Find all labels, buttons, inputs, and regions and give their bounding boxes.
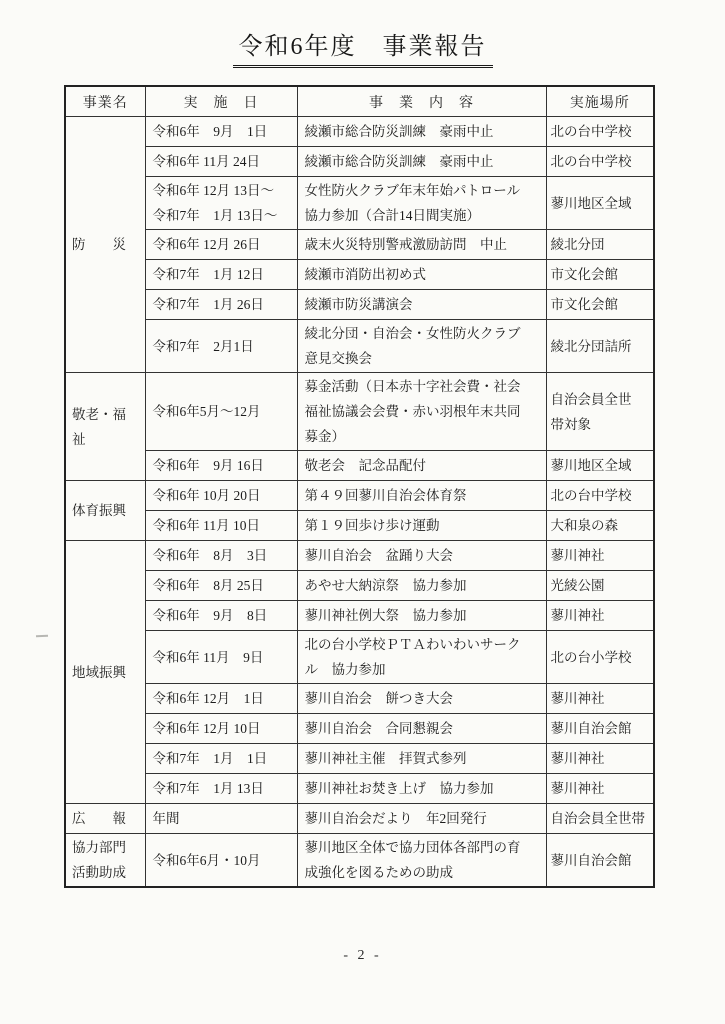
place-cell: 蓼川自治会館 <box>546 714 654 744</box>
category-cell: 広 報 <box>65 804 145 834</box>
table-row: 令和6年 9月 8日蓼川神社例大祭 協力参加蓼川神社 <box>65 601 654 631</box>
content-cell: 北の台小学校ＰＴＡわいわいサーク ル 協力参加 <box>297 631 546 684</box>
table-row: 令和6年 12月 13日～ 令和7年 1月 13日～女性防火クラブ年末年始パトロ… <box>65 177 654 230</box>
table-row: 地域振興令和6年 8月 3日蓼川自治会 盆踊り大会蓼川神社 <box>65 541 654 571</box>
content-cell: 蓼川自治会だより 年2回発行 <box>297 804 546 834</box>
table-row: 令和6年 11月 10日第１９回歩け歩け運動大和泉の森 <box>65 511 654 541</box>
place-cell: 蓼川自治会館 <box>546 834 654 888</box>
date-cell: 令和6年 9月 1日 <box>145 117 297 147</box>
date-cell: 令和6年5月～12月 <box>145 373 297 451</box>
content-cell: 綾北分団・自治会・女性防火クラブ 意見交換会 <box>297 320 546 373</box>
content-cell: 綾瀬市総合防災訓練 豪雨中止 <box>297 147 546 177</box>
table-body: 防 災令和6年 9月 1日綾瀬市総合防災訓練 豪雨中止北の台中学校令和6年 11… <box>65 117 654 888</box>
place-cell: 蓼川地区全域 <box>546 451 654 481</box>
content-cell: 敬老会 記念品配付 <box>297 451 546 481</box>
page-title: 令和6年度 事業報告 <box>233 26 493 68</box>
date-cell: 令和7年 1月 1日 <box>145 744 297 774</box>
content-cell: 蓼川神社お焚き上げ 協力参加 <box>297 774 546 804</box>
table-row: 協力部門 活動助成令和6年6月・10月蓼川地区全体で協力団体各部門の育 成強化を… <box>65 834 654 888</box>
content-cell: 蓼川神社主催 拝賀式参列 <box>297 744 546 774</box>
category-cell: 地域振興 <box>65 541 145 804</box>
place-cell: 自治会員全世帯 <box>546 804 654 834</box>
category-cell: 敬老・福 祉 <box>65 373 145 481</box>
date-cell: 令和6年 12月 10日 <box>145 714 297 744</box>
place-cell: 北の台中学校 <box>546 147 654 177</box>
header-project-name: 事業名 <box>65 86 145 117</box>
table-header-row: 事業名 実 施 日 事 業 内 容 実施場所 <box>65 86 654 117</box>
scanned-document-page: 令和6年度 事業報告 事業名 実 施 日 事 業 内 容 実施場所 防 災令和6… <box>0 0 725 1024</box>
table-row: 令和7年 1月 13日蓼川神社お焚き上げ 協力参加蓼川神社 <box>65 774 654 804</box>
content-cell: 蓼川自治会 盆踊り大会 <box>297 541 546 571</box>
table-row: 令和6年 11月 24日綾瀬市総合防災訓練 豪雨中止北の台中学校 <box>65 147 654 177</box>
business-report-table-wrap: 事業名 実 施 日 事 業 内 容 実施場所 防 災令和6年 9月 1日綾瀬市総… <box>64 85 655 888</box>
category-cell: 体育振興 <box>65 481 145 541</box>
date-cell: 令和6年6月・10月 <box>145 834 297 888</box>
table-row: 令和7年 1月 26日綾瀬市防災講演会市文化会館 <box>65 290 654 320</box>
date-cell: 年間 <box>145 804 297 834</box>
place-cell: 蓼川神社 <box>546 601 654 631</box>
date-cell: 令和6年 11月 9日 <box>145 631 297 684</box>
content-cell: 女性防火クラブ年末年始パトロール 協力参加（合計14日間実施） <box>297 177 546 230</box>
table-row: 令和7年 1月 1日蓼川神社主催 拝賀式参列蓼川神社 <box>65 744 654 774</box>
content-cell: 歳末火災特別警戒激励訪問 中止 <box>297 230 546 260</box>
content-cell: 蓼川自治会 餅つき大会 <box>297 684 546 714</box>
date-cell: 令和6年 11月 10日 <box>145 511 297 541</box>
place-cell: 大和泉の森 <box>546 511 654 541</box>
business-report-table: 事業名 実 施 日 事 業 内 容 実施場所 防 災令和6年 9月 1日綾瀬市総… <box>64 85 655 888</box>
content-cell: あやせ大納涼祭 協力参加 <box>297 571 546 601</box>
date-cell: 令和7年 1月 12日 <box>145 260 297 290</box>
place-cell: 蓼川神社 <box>546 541 654 571</box>
header-place: 実施場所 <box>546 86 654 117</box>
table-row: 令和6年 9月 16日敬老会 記念品配付蓼川地区全域 <box>65 451 654 481</box>
content-cell: 第１９回歩け歩け運動 <box>297 511 546 541</box>
content-cell: 募金活動（日本赤十字社会費・社会 福祉協議会会費・赤い羽根年末共同 募金） <box>297 373 546 451</box>
place-cell: 市文化会館 <box>546 290 654 320</box>
place-cell: 北の台中学校 <box>546 481 654 511</box>
place-cell: 自治会員全世 帯対象 <box>546 373 654 451</box>
table-row: 防 災令和6年 9月 1日綾瀬市総合防災訓練 豪雨中止北の台中学校 <box>65 117 654 147</box>
table-row: 令和6年 8月 25日あやせ大納涼祭 協力参加光綾公園 <box>65 571 654 601</box>
date-cell: 令和6年 9月 8日 <box>145 601 297 631</box>
table-row: 令和6年 12月 1日蓼川自治会 餅つき大会蓼川神社 <box>65 684 654 714</box>
date-cell: 令和6年 8月 25日 <box>145 571 297 601</box>
table-row: 敬老・福 祉令和6年5月～12月募金活動（日本赤十字社会費・社会 福祉協議会会費… <box>65 373 654 451</box>
place-cell: 綾北分団 <box>546 230 654 260</box>
header-date: 実 施 日 <box>145 86 297 117</box>
content-cell: 第４９回蓼川自治会体育祭 <box>297 481 546 511</box>
content-cell: 綾瀬市総合防災訓練 豪雨中止 <box>297 117 546 147</box>
header-content: 事 業 内 容 <box>297 86 546 117</box>
place-cell: 蓼川神社 <box>546 744 654 774</box>
date-cell: 令和6年 10月 20日 <box>145 481 297 511</box>
date-cell: 令和7年 1月 26日 <box>145 290 297 320</box>
place-cell: 北の台中学校 <box>546 117 654 147</box>
date-cell: 令和6年 9月 16日 <box>145 451 297 481</box>
place-cell: 蓼川地区全域 <box>546 177 654 230</box>
date-cell: 令和7年 2月1日 <box>145 320 297 373</box>
scan-artifact-dash <box>36 635 48 637</box>
place-cell: 市文化会館 <box>546 260 654 290</box>
content-cell: 綾瀬市消防出初め式 <box>297 260 546 290</box>
date-cell: 令和7年 1月 13日 <box>145 774 297 804</box>
place-cell: 蓼川神社 <box>546 684 654 714</box>
content-cell: 蓼川自治会 合同懇親会 <box>297 714 546 744</box>
date-cell: 令和6年 8月 3日 <box>145 541 297 571</box>
content-cell: 蓼川神社例大祭 協力参加 <box>297 601 546 631</box>
place-cell: 北の台小学校 <box>546 631 654 684</box>
place-cell: 蓼川神社 <box>546 774 654 804</box>
place-cell: 綾北分団詰所 <box>546 320 654 373</box>
content-cell: 蓼川地区全体で協力団体各部門の育 成強化を図るための助成 <box>297 834 546 888</box>
date-cell: 令和6年 12月 13日～ 令和7年 1月 13日～ <box>145 177 297 230</box>
table-row: 令和6年 12月 10日蓼川自治会 合同懇親会蓼川自治会館 <box>65 714 654 744</box>
table-row: 令和7年 2月1日綾北分団・自治会・女性防火クラブ 意見交換会綾北分団詰所 <box>65 320 654 373</box>
table-row: 広 報年間蓼川自治会だより 年2回発行自治会員全世帯 <box>65 804 654 834</box>
table-row: 体育振興令和6年 10月 20日第４９回蓼川自治会体育祭北の台中学校 <box>65 481 654 511</box>
date-cell: 令和6年 12月 1日 <box>145 684 297 714</box>
place-cell: 光綾公園 <box>546 571 654 601</box>
table-row: 令和6年 11月 9日北の台小学校ＰＴＡわいわいサーク ル 協力参加北の台小学校 <box>65 631 654 684</box>
table-row: 令和7年 1月 12日綾瀬市消防出初め式市文化会館 <box>65 260 654 290</box>
page-title-row: 令和6年度 事業報告 <box>0 26 725 68</box>
table-row: 令和6年 12月 26日歳末火災特別警戒激励訪問 中止綾北分団 <box>65 230 654 260</box>
page-number: - 2 - <box>0 948 725 964</box>
date-cell: 令和6年 12月 26日 <box>145 230 297 260</box>
date-cell: 令和6年 11月 24日 <box>145 147 297 177</box>
category-cell: 防 災 <box>65 117 145 373</box>
category-cell: 協力部門 活動助成 <box>65 834 145 888</box>
content-cell: 綾瀬市防災講演会 <box>297 290 546 320</box>
